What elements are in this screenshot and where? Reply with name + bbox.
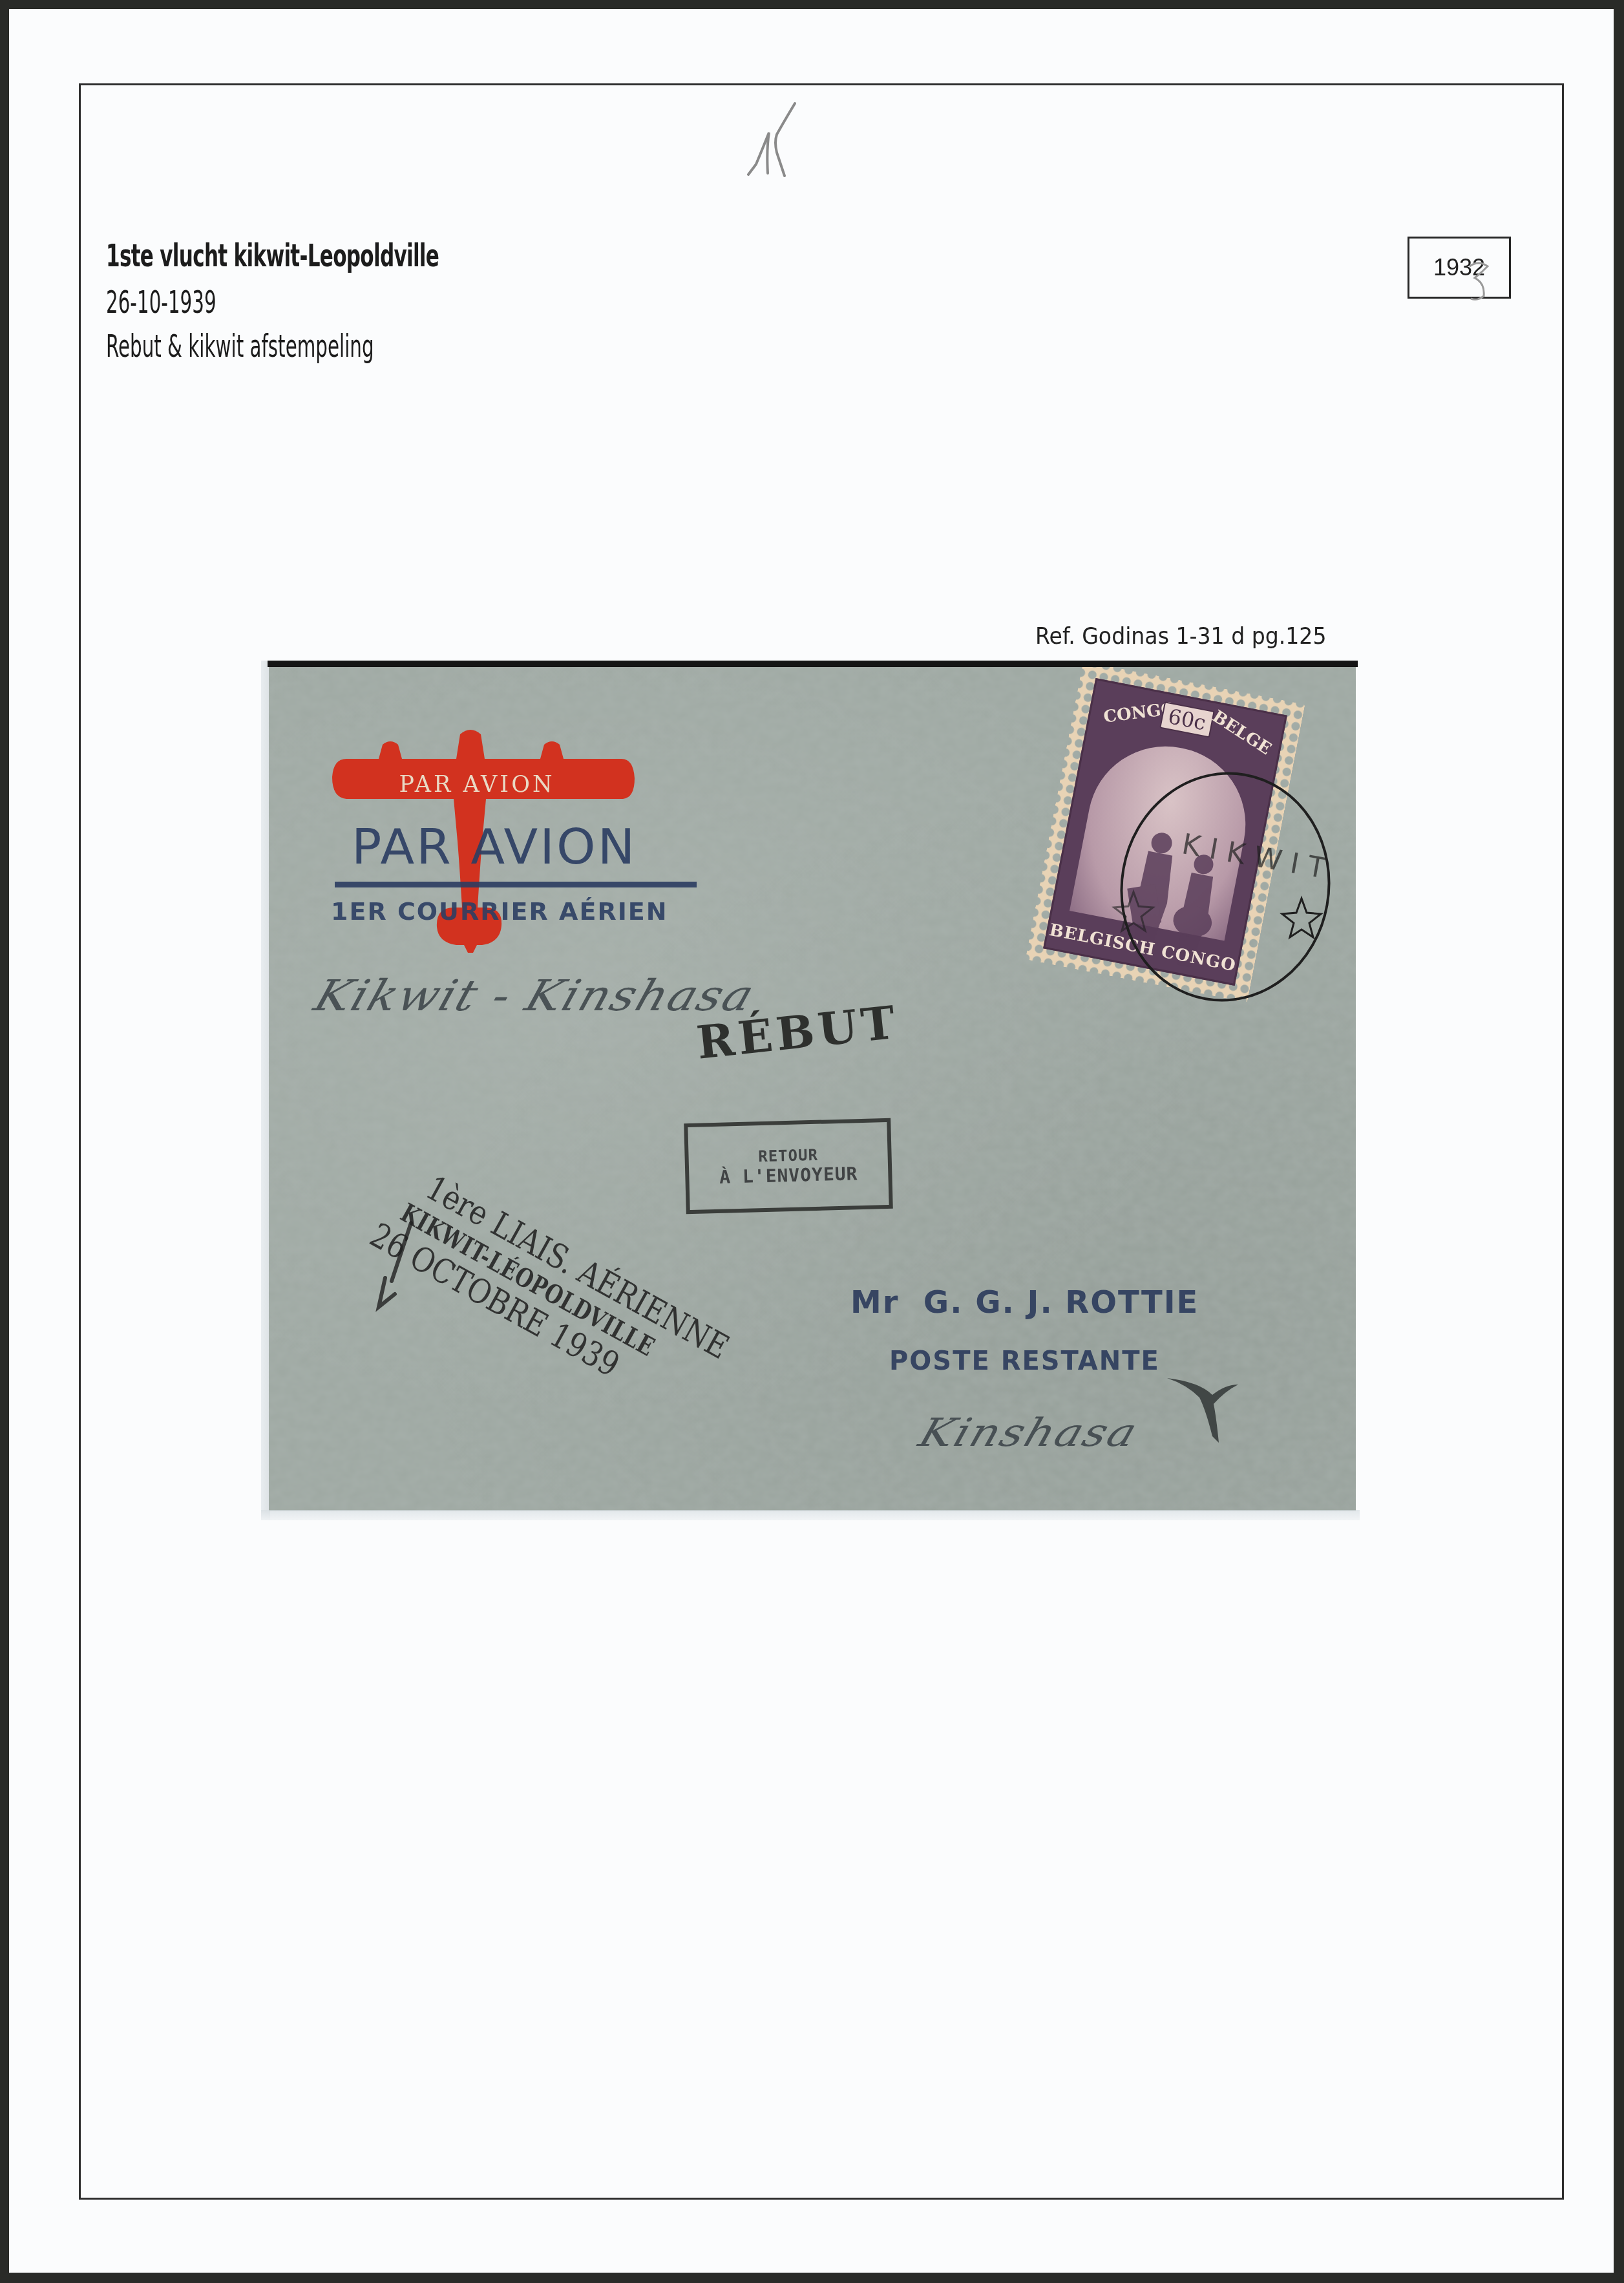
airmail-label-text: PAR AVION: [327, 772, 627, 798]
pencil-mark: [1466, 257, 1498, 303]
airmail-cover: PAR AVION PAR AVION 1ER COURRIER AÉRIEN …: [269, 667, 1356, 1511]
return-line-2: À L'ENVOYEUR: [719, 1163, 858, 1188]
cachet-rule: [335, 882, 697, 887]
postmark-text: K I K W I T: [1179, 827, 1328, 885]
ink-scuff: [1167, 1372, 1245, 1449]
mount-edge: [261, 1510, 1360, 1520]
page-title: 1ste vlucht kikwit-Leopoldville: [106, 240, 439, 271]
handwritten-page-number: [737, 97, 808, 181]
route-handwriting: Kikwit - Kinshasa: [308, 971, 761, 1021]
addressee-title: Mr: [850, 1284, 899, 1321]
poste-restante: POSTE RESTANTE: [889, 1346, 1199, 1376]
stamp-country-right: BELGE: [1208, 706, 1274, 759]
addressee-initials: G. G. J. ROTTIE: [923, 1284, 1199, 1321]
page-header: 1ste vlucht kikwit-Leopoldville 26-10-19…: [106, 240, 568, 362]
mount-strip: [268, 661, 1358, 667]
address-block: Mr G. G. J. ROTTIE POSTE RESTANTE: [850, 1284, 1199, 1376]
return-line-1: RETOUR: [758, 1145, 818, 1165]
stamp-denomination: 60c: [1159, 701, 1214, 738]
addressee-name: Mr G. G. J. ROTTIE: [850, 1284, 1199, 1321]
first-airmail-cachet: 1ER COURRIER AÉRIEN: [331, 897, 668, 926]
par-avion-cachet: PAR AVION: [352, 820, 637, 875]
page-description: Rebut & kikwit afstempeling: [106, 331, 421, 362]
catalogue-reference: Ref. Godinas 1-31 d pg.125: [1035, 623, 1326, 650]
flight-date: 26-10-1939: [106, 287, 421, 318]
destination-handwriting: Kinshasa: [913, 1410, 1144, 1456]
kikwit-postmark: K I K W I T: [1102, 764, 1348, 1010]
return-to-sender-stamp: RETOUR À L'ENVOYEUR: [684, 1118, 893, 1214]
